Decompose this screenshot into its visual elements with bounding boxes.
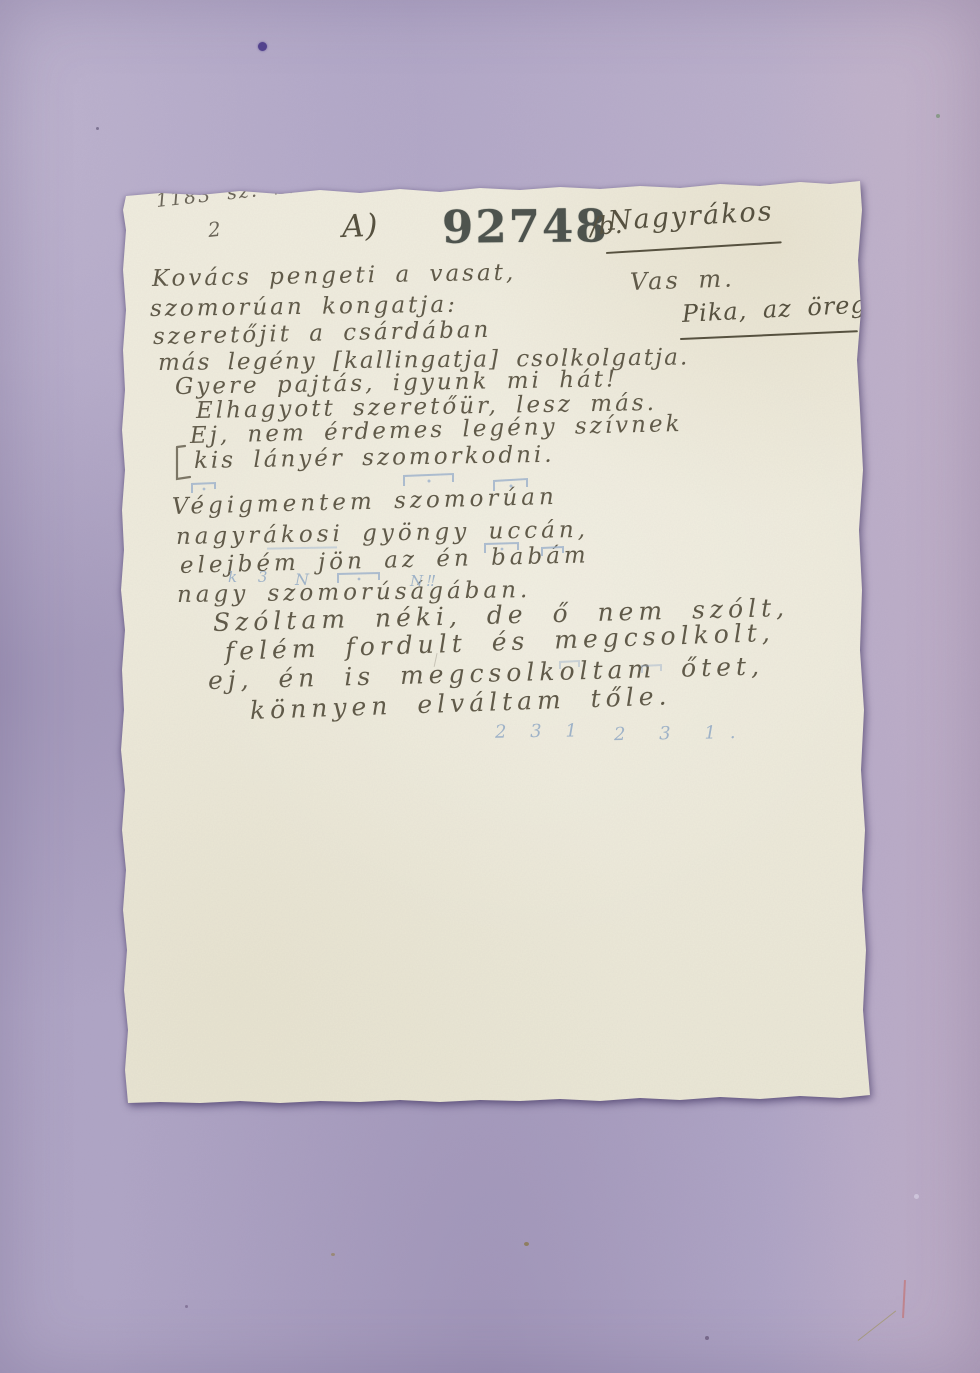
song-line: kis lányér szomorkodni. [194,444,555,473]
solfege-mark: N [295,570,309,589]
ink-dot-speck [258,42,267,51]
county-label: Vas m. [630,266,736,294]
speck [524,1242,529,1246]
scratch-line [858,1311,896,1341]
cadence-numbers: 2 3 1 [495,720,586,743]
rhythm-mark-icon [336,570,382,586]
solfege-mark: N‼ [410,572,439,590]
speck [96,127,99,130]
song-line: Kovács pengeti a vasat, [152,262,517,291]
stamp-number: 92748 [442,199,609,253]
song-line: szeretőjit a csárdában [153,319,492,349]
speck [705,1336,709,1340]
speck [936,114,940,118]
speck [914,1194,919,1199]
place-name-underline [606,241,782,254]
cadence-numbers: 2 3 1. [614,722,750,745]
rhythm-mark-icon [483,540,521,556]
solfege-mark: k 3 [228,568,275,586]
informant-name: Pika, az öreg. [681,292,876,326]
archive-number: 1183 sz. h. [155,177,297,211]
archive-number-note: 2 [207,218,225,240]
red-fiber-scratch [902,1280,906,1318]
speck [331,1253,335,1256]
rhythm-mark-icon [540,544,566,559]
paper-surface: 1183 sz. h. 2 A) 92748 /b. Nagyrákos Vas… [120,170,872,1105]
variant-label: A) [341,211,379,243]
margin-bracket-icon [172,444,192,486]
song-line: Végigmentem szomorúan [172,486,558,519]
informant-underline [680,330,858,340]
song-line: szomorúan kongatja: [150,294,458,321]
speck [185,1305,188,1308]
place-name: Nagyrákos [607,198,774,235]
rhythm-mark-icon [558,658,582,672]
rhythm-mark-icon [640,662,664,676]
paper-sheet: 1183 sz. h. 2 A) 92748 /b. Nagyrákos Vas… [120,170,872,1105]
